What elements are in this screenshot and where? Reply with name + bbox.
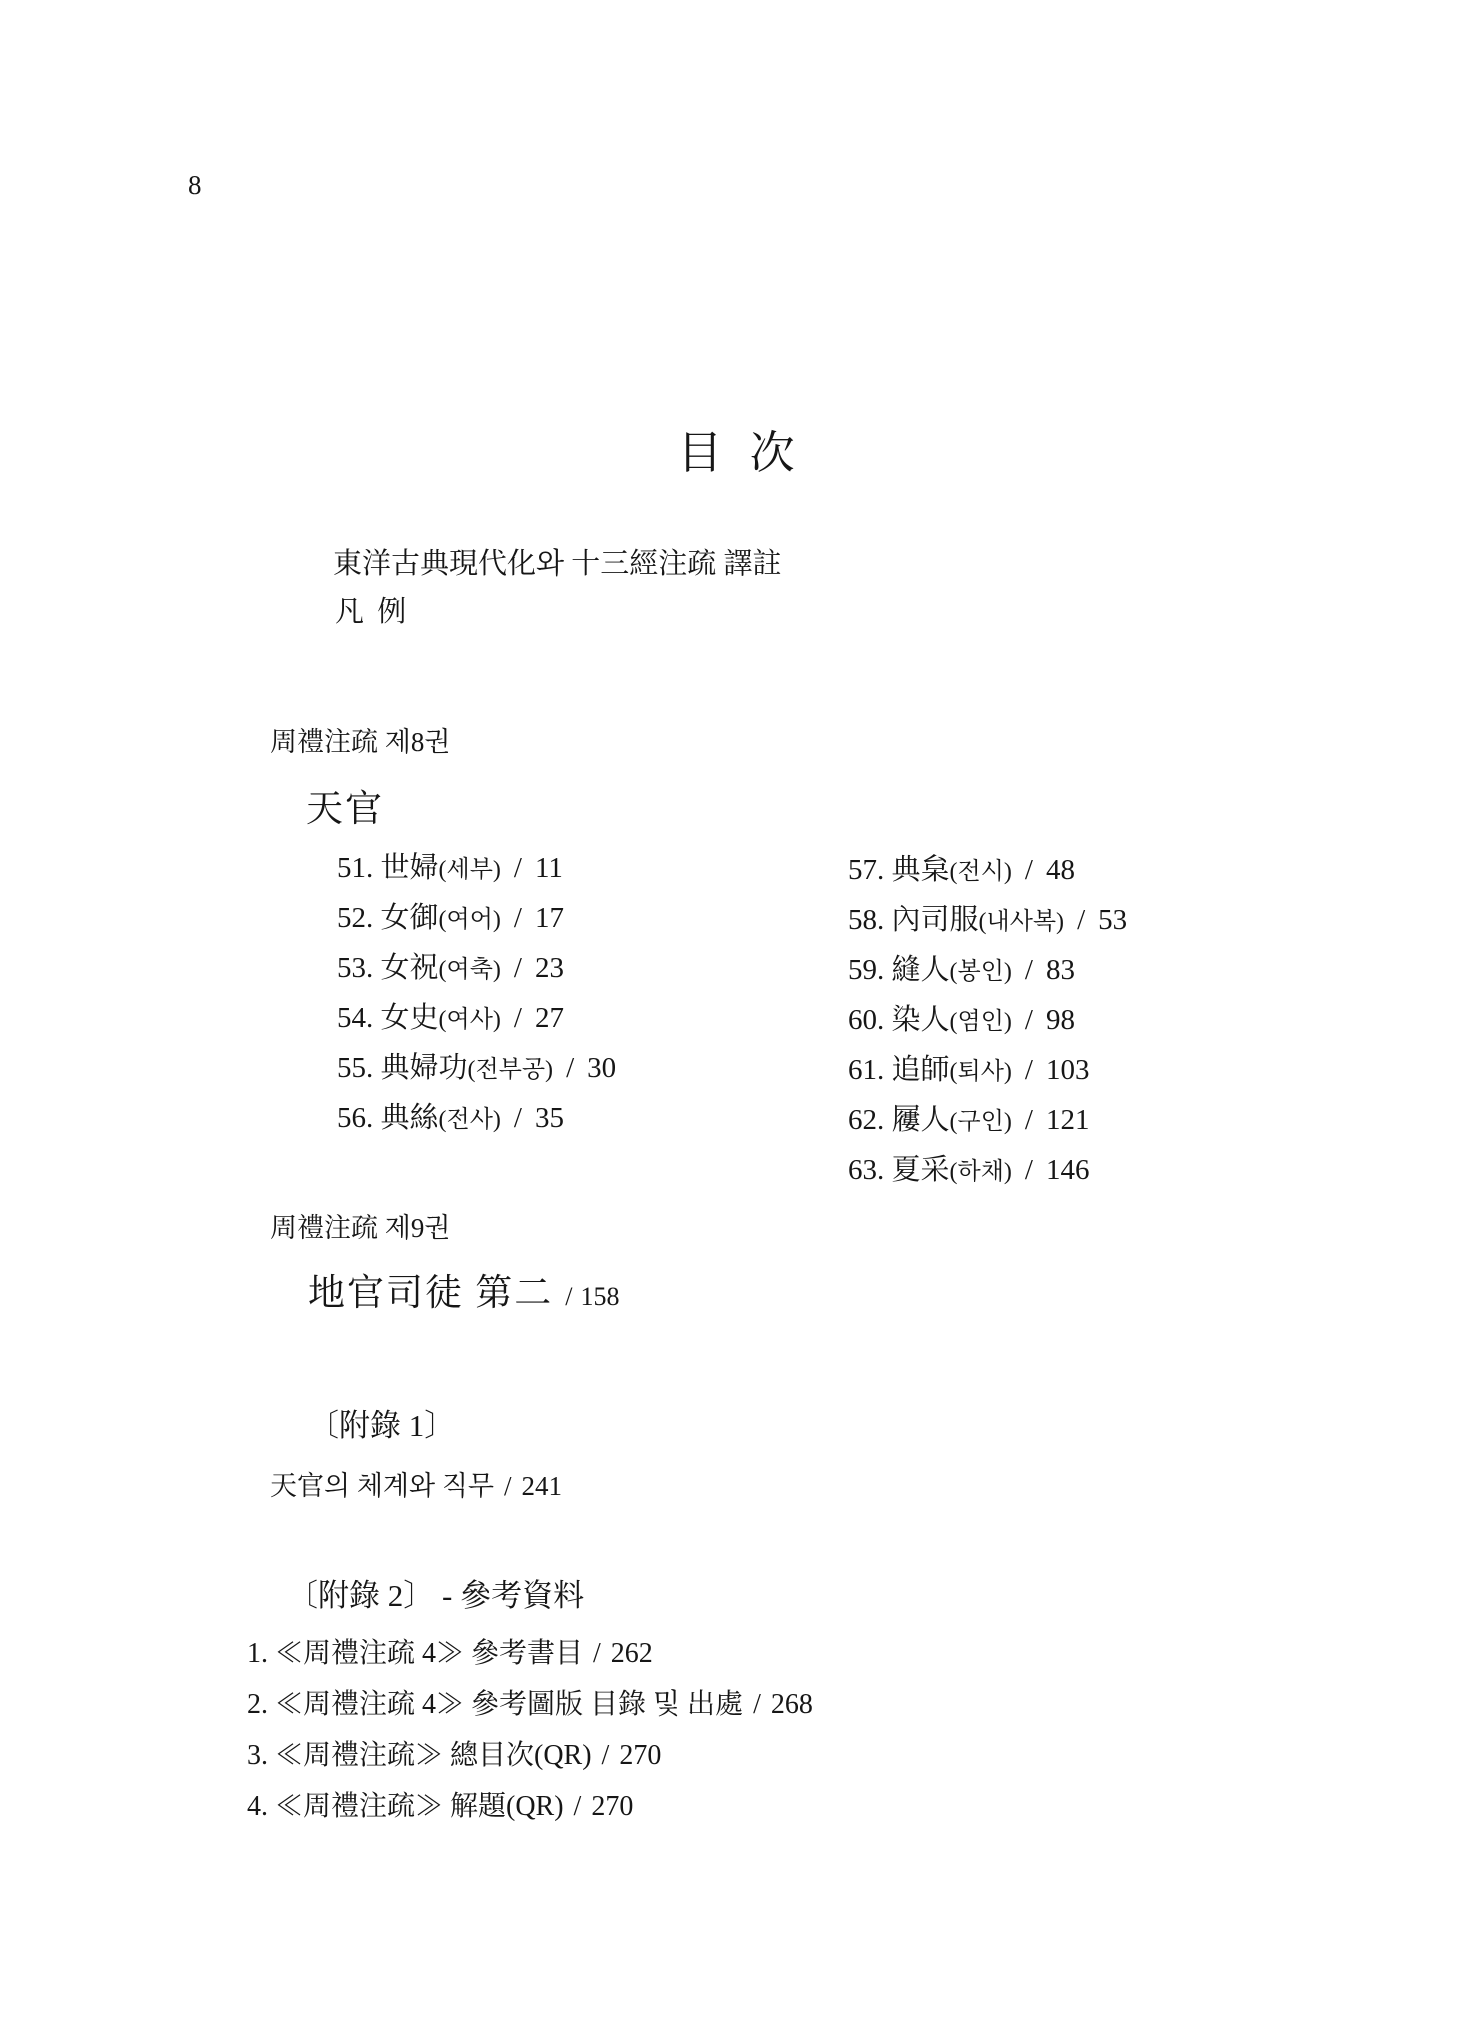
front-matter-beomnye: 凡 例 [335, 589, 409, 630]
entry-separator: / [1025, 1104, 1033, 1136]
entry-separator: / [514, 1102, 522, 1134]
entry-separator: / [514, 902, 522, 934]
entry-pageref: /158 [553, 1282, 619, 1311]
entry-separator: / [1025, 854, 1033, 886]
toc-entry: 58. 內司服(내사복)/53 [848, 895, 1127, 945]
toc-entry: 4. ≪周禮注疏≫ 解題(QR)/270 [247, 1781, 813, 1832]
entry-page: 103 [1046, 1054, 1090, 1086]
entry-separator: / [504, 1471, 512, 1501]
toc-entry: 55. 典婦功(전부공)/30 [337, 1043, 616, 1093]
entry-reading: (전시) [950, 859, 1012, 885]
toc-column-left: 51. 世婦(세부)/11 52. 女御(여어)/17 53. 女祝(여축)/2… [337, 843, 616, 1143]
toc-entry: 3. ≪周禮注疏≫ 總目次(QR)/270 [247, 1730, 813, 1781]
volume8-heading: 周禮注疏 제8권 [270, 720, 450, 759]
entry-separator: / [753, 1689, 761, 1720]
toc-column-right: 57. 典枲(전시)/48 58. 內司服(내사복)/53 59. 縫人(봉인)… [848, 845, 1127, 1195]
entry-page: 27 [535, 1002, 564, 1034]
entry-page: 11 [535, 852, 563, 884]
entry-label: 52. 女御 [337, 902, 439, 934]
toc-entry: 2. ≪周禮注疏 4≫ 參考圖版 目錄 및 出處/268 [247, 1679, 813, 1730]
entry-page: 158 [580, 1282, 619, 1311]
entry-reading: (여사) [439, 1007, 501, 1033]
entry-page: 270 [591, 1791, 633, 1822]
appendix1-entry: 天官의 체계와 직무/241 [270, 1464, 562, 1503]
entry-label: 58. 內司服 [848, 904, 979, 936]
volume9-entry: 地官司徒 第二/158 [308, 1262, 619, 1316]
entry-separator: / [1025, 1004, 1033, 1036]
entry-label: 53. 女祝 [337, 952, 439, 984]
entry-page: 30 [587, 1052, 616, 1084]
page-title: 目 次 [0, 416, 1480, 481]
entry-page: 48 [1046, 854, 1075, 886]
entry-separator: / [566, 1052, 574, 1084]
entry-label: 56. 典絲 [337, 1102, 439, 1134]
entry-reading: (전부공) [468, 1057, 554, 1083]
entry-page: 270 [619, 1740, 661, 1771]
entry-label: 62. 屨人 [848, 1104, 950, 1136]
toc-entry: 54. 女史(여사)/27 [337, 993, 616, 1043]
entry-reading: (하채) [950, 1159, 1012, 1185]
appendix2-list: 1. ≪周禮注疏 4≫ 參考書目/262 2. ≪周禮注疏 4≫ 參考圖版 目錄… [247, 1628, 813, 1832]
page-number: 8 [188, 170, 202, 201]
volume9-heading: 周禮注疏 제9권 [270, 1206, 450, 1245]
entry-separator: / [1025, 954, 1033, 986]
toc-entry: 56. 典絲(전사)/35 [337, 1093, 616, 1143]
toc-entry: 62. 屨人(구인)/121 [848, 1095, 1127, 1145]
entry-reading: (봉인) [950, 959, 1012, 985]
entry-label: 61. 追師 [848, 1054, 950, 1086]
entry-label: 3. ≪周禮注疏≫ 總目次(QR) [247, 1740, 592, 1771]
entry-reading: (세부) [439, 857, 501, 883]
toc-entry: 60. 染人(염인)/98 [848, 995, 1127, 1045]
entry-reading: (퇴사) [950, 1059, 1012, 1085]
entry-label: 60. 染人 [848, 1004, 950, 1036]
toc-entry: 57. 典枲(전시)/48 [848, 845, 1127, 895]
volume8-section-title: 天官 [306, 778, 384, 832]
toc-entry: 52. 女御(여어)/17 [337, 893, 616, 943]
toc-entry: 53. 女祝(여축)/23 [337, 943, 616, 993]
entry-reading: (여어) [439, 907, 501, 933]
appendix1-heading: 〔附錄 1〕 [308, 1400, 455, 1445]
entry-page: 83 [1046, 954, 1075, 986]
entry-page: 268 [771, 1689, 813, 1720]
entry-reading: (구인) [950, 1109, 1012, 1135]
entry-separator: / [593, 1638, 601, 1669]
entry-reading: (여축) [439, 957, 501, 983]
entry-label: 55. 典婦功 [337, 1052, 468, 1084]
toc-entry: 63. 夏采(하채)/146 [848, 1145, 1127, 1195]
entry-separator: / [514, 852, 522, 884]
toc-page: 8 目 次 東洋古典現代化와 十三經注疏 譯註 凡 例 周禮注疏 제8권 天官 … [0, 0, 1480, 2024]
entry-separator: / [514, 1002, 522, 1034]
entry-label: 2. ≪周禮注疏 4≫ 參考圖版 目錄 및 出處 [247, 1689, 743, 1720]
entry-label: 59. 縫人 [848, 954, 950, 986]
entry-label: 51. 世婦 [337, 852, 439, 884]
entry-page: 98 [1046, 1004, 1075, 1036]
entry-page: 17 [535, 902, 564, 934]
entry-separator: / [514, 952, 522, 984]
entry-label: 地官司徒 第二 [308, 1273, 553, 1314]
entry-label: 1. ≪周禮注疏 4≫ 參考書目 [247, 1638, 583, 1669]
entry-reading: (전사) [439, 1107, 501, 1133]
entry-separator: / [602, 1740, 610, 1771]
toc-entry: 59. 縫人(봉인)/83 [848, 945, 1127, 995]
entry-page: 35 [535, 1102, 564, 1134]
entry-page: 121 [1046, 1104, 1090, 1136]
entry-label: 54. 女史 [337, 1002, 439, 1034]
entry-label: 4. ≪周禮注疏≫ 解題(QR) [247, 1791, 564, 1822]
toc-entry: 51. 世婦(세부)/11 [337, 843, 616, 893]
entry-separator: / [574, 1791, 582, 1822]
entry-page: 262 [611, 1638, 653, 1669]
entry-separator: / [1077, 904, 1085, 936]
entry-label: 63. 夏采 [848, 1154, 950, 1186]
entry-reading: (내사복) [979, 909, 1065, 935]
entry-page: 241 [522, 1471, 563, 1501]
entry-separator: / [565, 1282, 572, 1311]
front-matter-series-title: 東洋古典現代化와 十三經注疏 譯註 [333, 541, 782, 582]
entry-label: 天官의 체계와 직무 [270, 1471, 494, 1501]
entry-separator: / [1025, 1154, 1033, 1186]
entry-separator: / [1025, 1054, 1033, 1086]
toc-entry: 1. ≪周禮注疏 4≫ 參考書目/262 [247, 1628, 813, 1679]
entry-label: 57. 典枲 [848, 854, 950, 886]
entry-page: 53 [1098, 904, 1127, 936]
entry-page: 146 [1046, 1154, 1090, 1186]
entry-page: 23 [535, 952, 564, 984]
appendix2-heading: 〔附錄 2〕 - 參考資料 [287, 1570, 584, 1615]
entry-reading: (염인) [950, 1009, 1012, 1035]
toc-entry: 61. 追師(퇴사)/103 [848, 1045, 1127, 1095]
